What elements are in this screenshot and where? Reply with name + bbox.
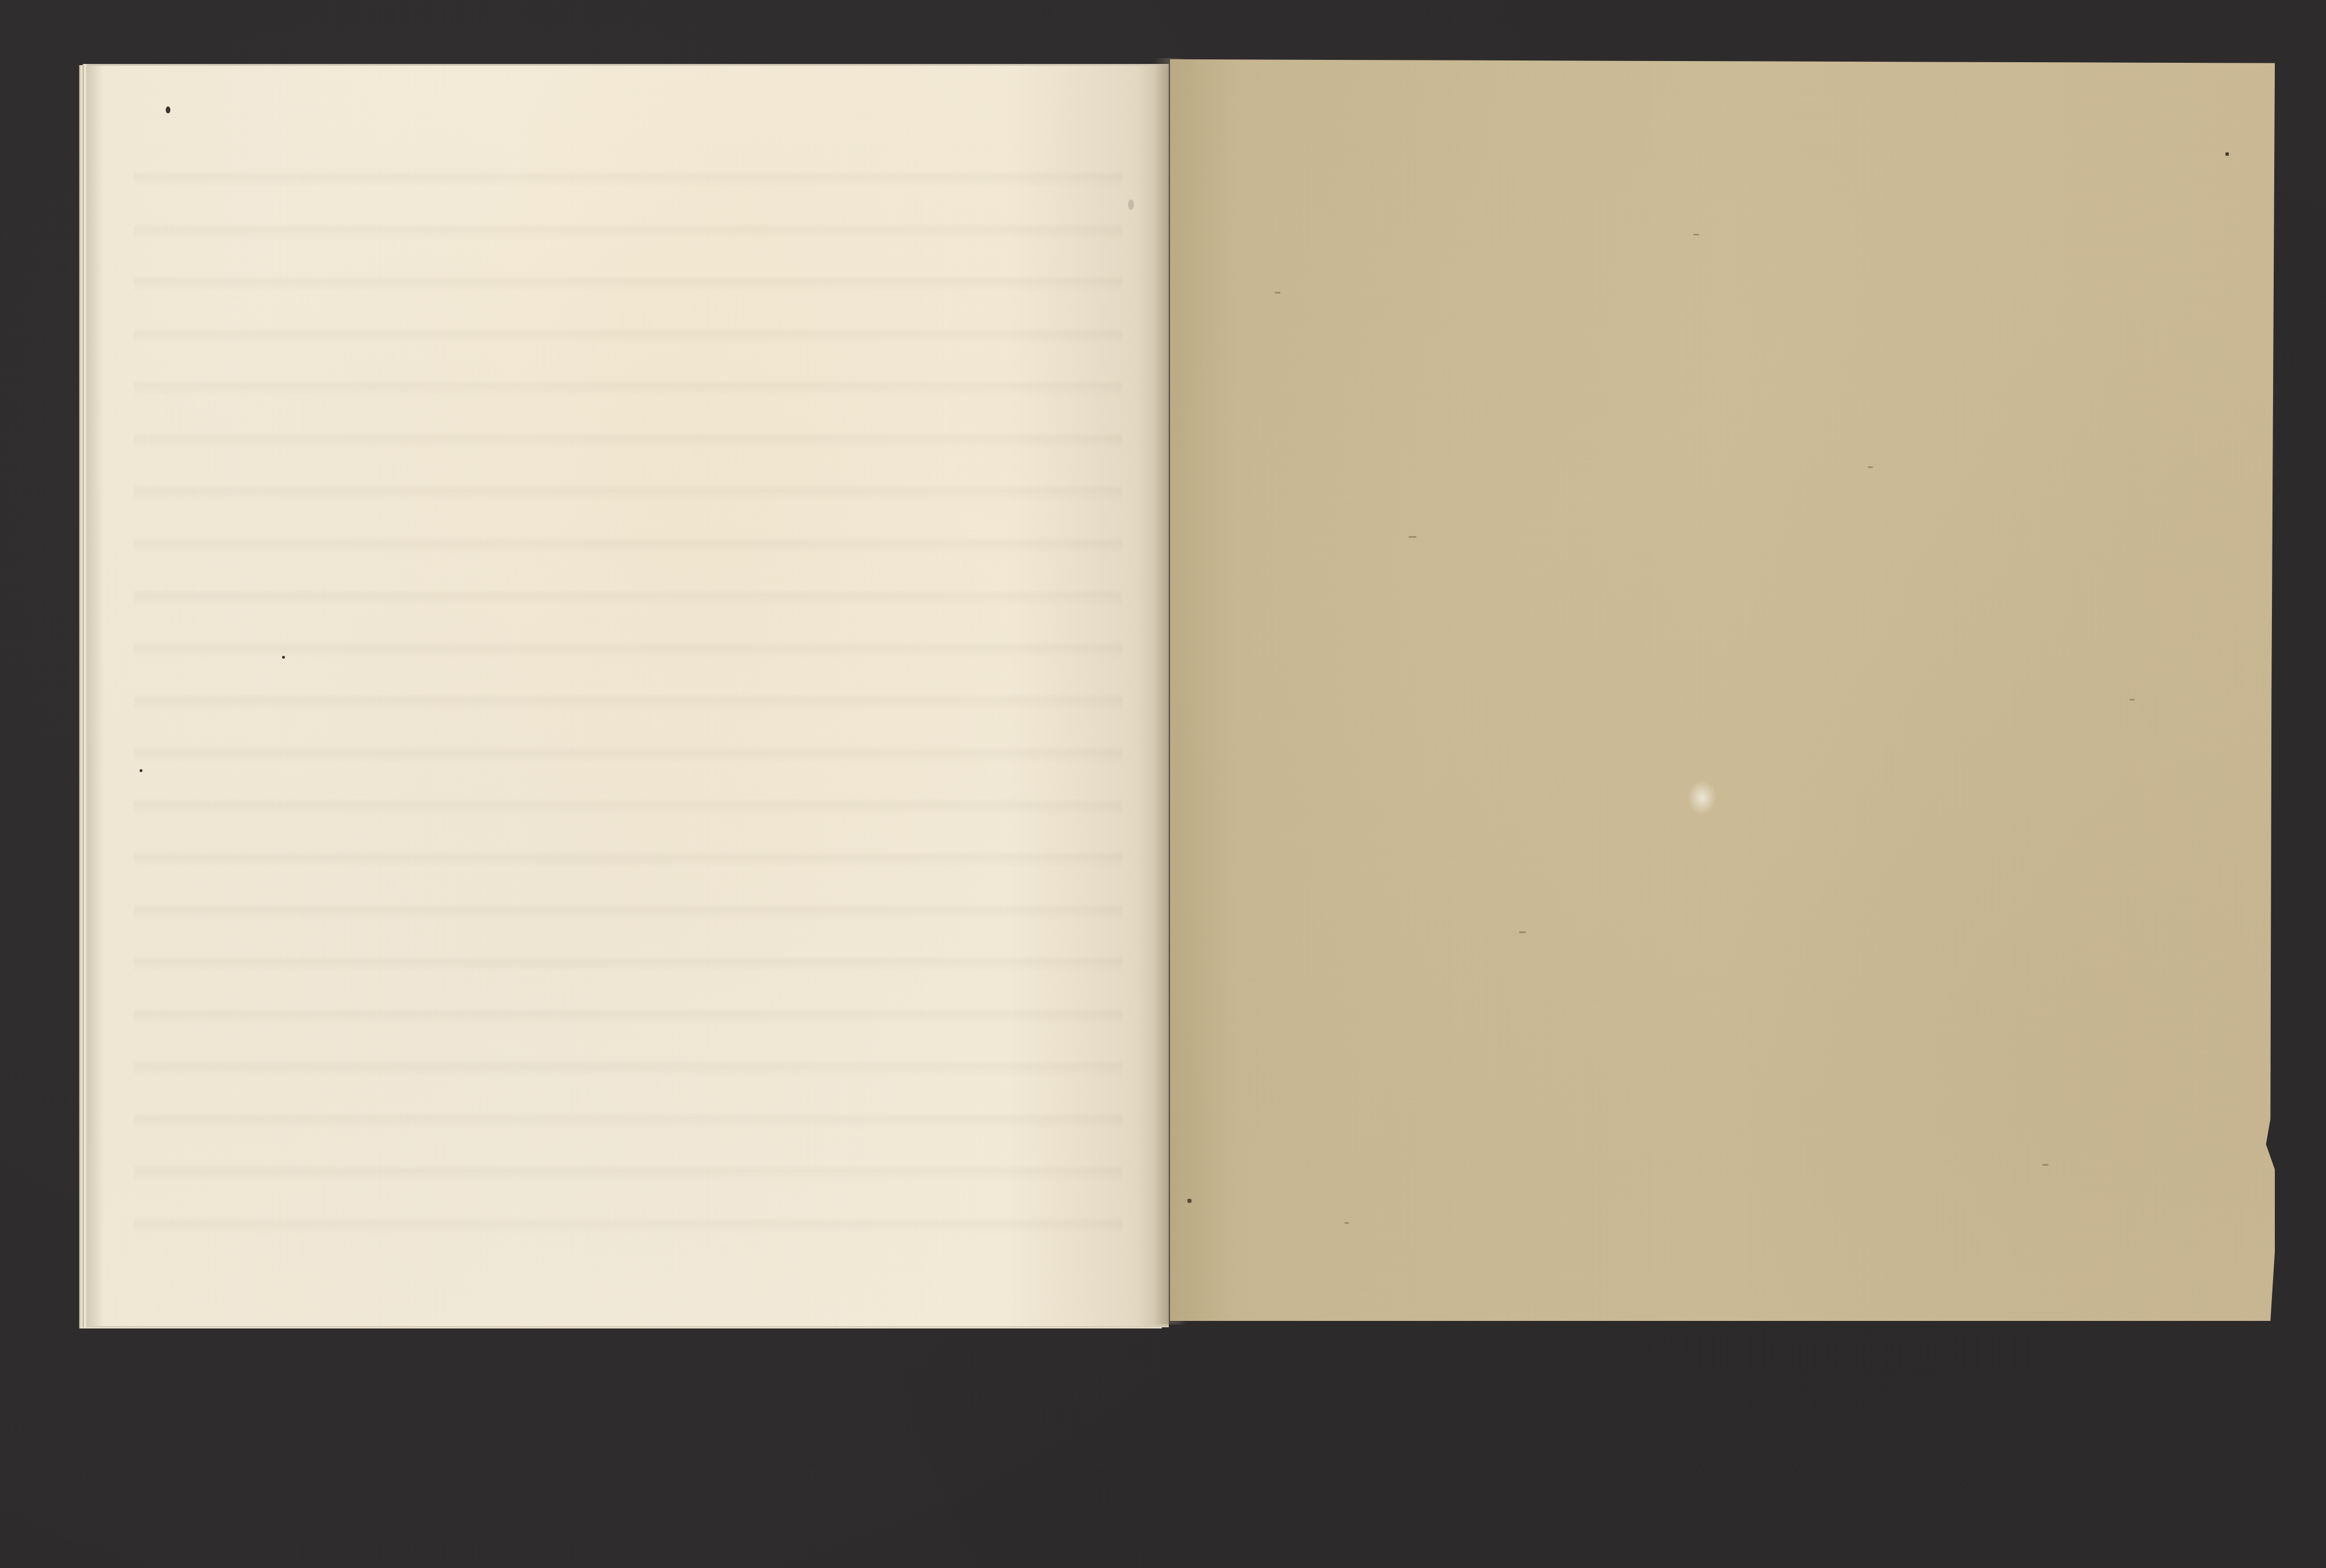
fiber-fleck	[2225, 152, 2229, 156]
ink-speck	[1128, 199, 1134, 210]
fiber-fleck	[2129, 699, 2135, 701]
fiber-fleck	[2042, 1164, 2049, 1166]
fiber-fleck	[1868, 466, 1873, 468]
ink-speck	[140, 769, 142, 772]
left-page	[87, 64, 1169, 1327]
fiber-fleck	[1408, 536, 1417, 538]
ink-speck	[166, 106, 170, 113]
paper-blemish	[1688, 780, 1717, 815]
right-page	[1170, 59, 2275, 1321]
fiber-fleck	[1344, 1222, 1349, 1224]
fiber-fleck	[1187, 1199, 1191, 1203]
show-through-texture	[134, 135, 1122, 1256]
fiber-fleck	[1519, 931, 1526, 933]
fiber-fleck	[1275, 292, 1280, 294]
page-stack-edge	[87, 66, 110, 1326]
fiber-fleck	[1693, 234, 1699, 235]
ink-speck	[282, 656, 285, 659]
